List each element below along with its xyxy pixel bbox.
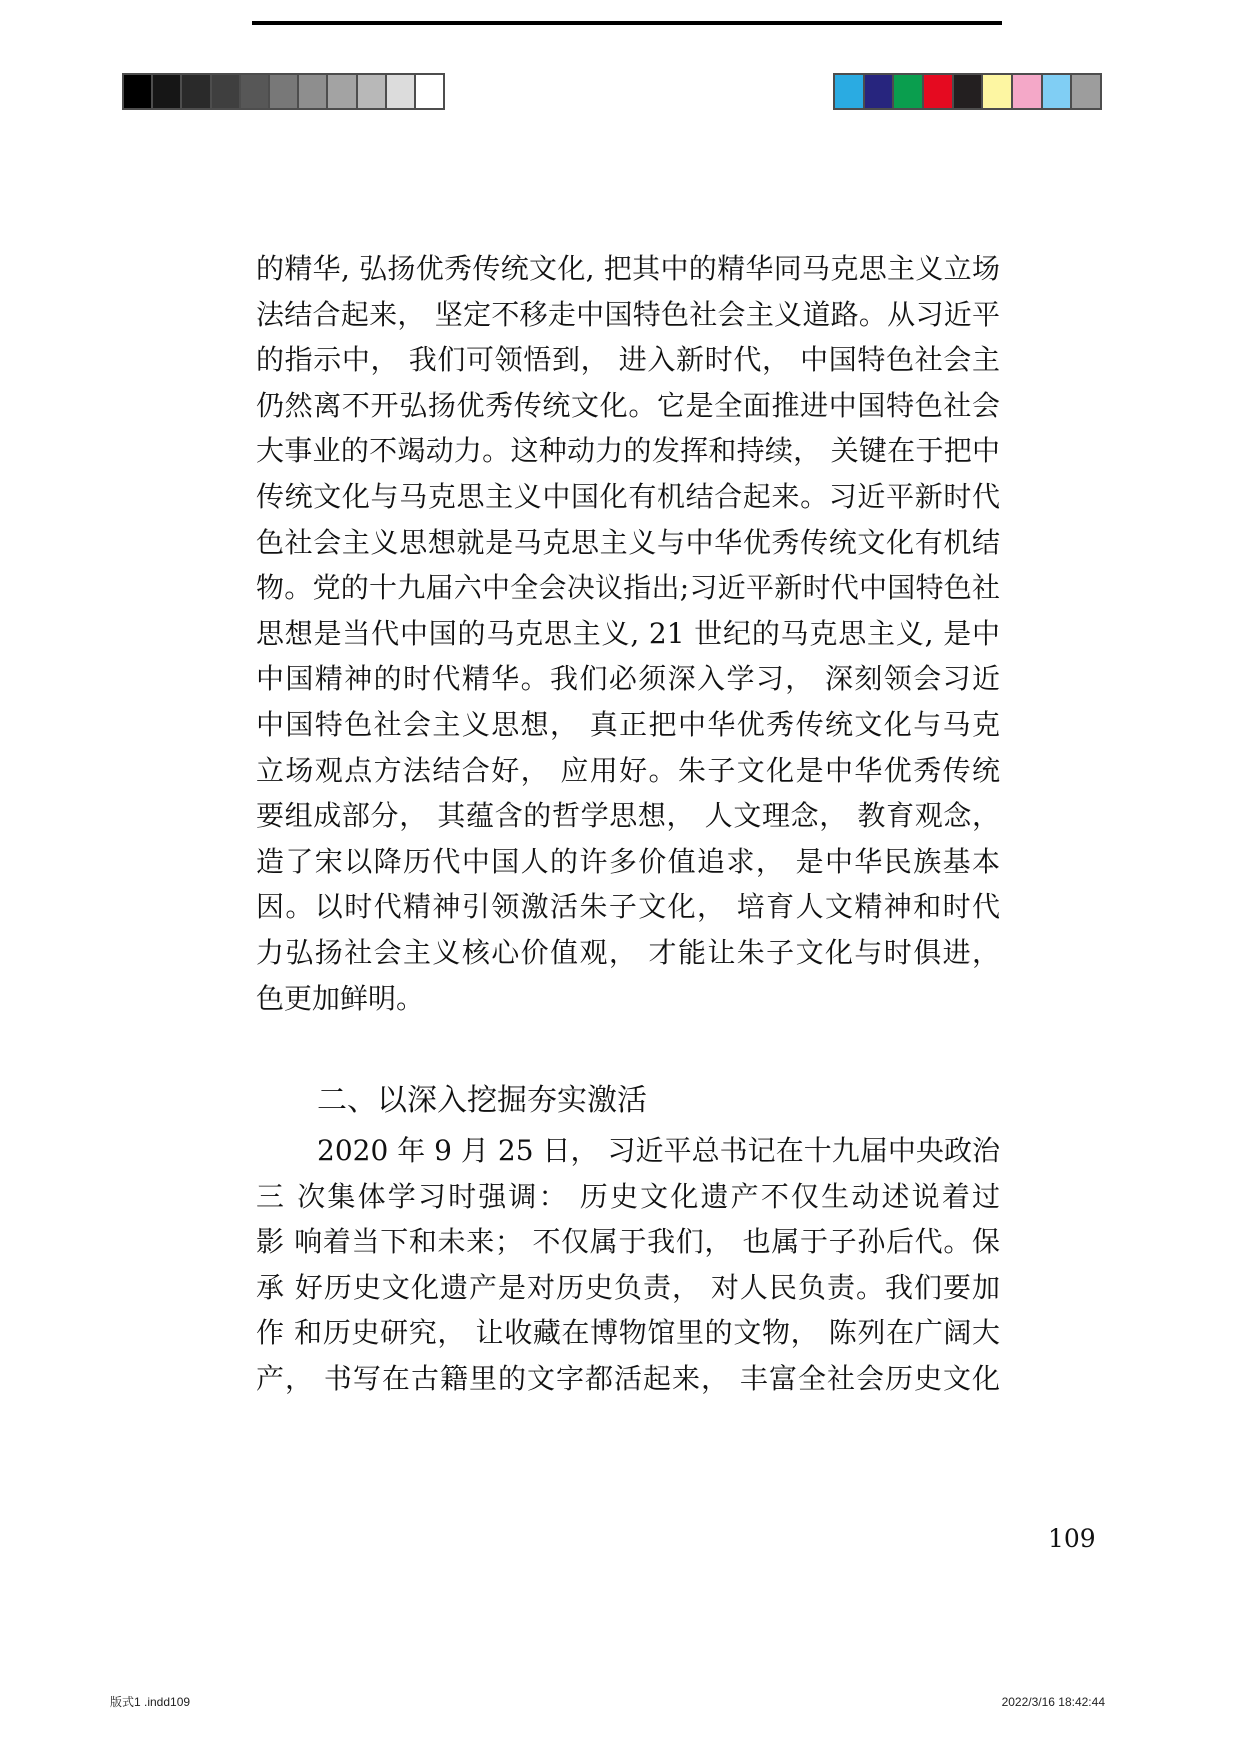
text-line: 2020 年 9 月 25 日， 习近平总书记在十九届中央政治局第二十 xyxy=(256,1128,1000,1174)
calibration-swatch xyxy=(416,75,443,108)
document-page: 的精华, 弘扬优秀传统文化, 把其中的精华同马克思主义立场观点 方法结合起来， … xyxy=(0,0,1241,1755)
text-line: 中国特色社会主义思想， 真正把中华优秀传统文化与马克 思主义的 xyxy=(256,702,1000,748)
calibration-swatch xyxy=(328,75,357,108)
text-line: 作 和历史研究， 让收藏在博物馆里的文物， 陈列在广阔大地上的遗 xyxy=(256,1310,1000,1356)
calibration-swatch xyxy=(894,75,924,108)
calibration-swatch xyxy=(1013,75,1043,108)
calibration-swatch xyxy=(835,75,865,108)
calibration-swatch xyxy=(924,75,954,108)
calibration-swatch xyxy=(153,75,182,108)
footer-timestamp-slug: 2022/3/16 18:42:44 xyxy=(1002,1695,1105,1709)
text-line: 色社会主义思想就是马克思主义与中华优秀传统文化有机结合 的产 xyxy=(256,520,1000,566)
calibration-swatch xyxy=(954,75,984,108)
page-number: 109 xyxy=(1048,1524,1096,1554)
text-line: 产， 书写在古籍里的文字都活起来， 丰富全社会历史文化滋养。习 xyxy=(256,1356,1000,1402)
section-heading: 二、以深入挖掘夯实激活 xyxy=(256,1078,1000,1123)
text-line: 大事业的不竭动力。这种动力的发挥和持续， 关键在于把中华 优秀 xyxy=(256,428,1000,474)
paragraph-1: 的精华, 弘扬优秀传统文化, 把其中的精华同马克思主义立场观点 方法结合起来， … xyxy=(256,246,1000,1021)
text-line: 影 响着当下和未来； 不仅属于我们， 也属于子孙后代。保持好， 传 xyxy=(256,1219,1000,1265)
text-line: 色更加鲜明。 xyxy=(256,976,1000,1022)
text-line: 要组成部分， 其蕴含的哲学思想， 人文理念， 教育观念， 反映和塑 xyxy=(256,793,1000,839)
calibration-swatch xyxy=(182,75,211,108)
calibration-swatch xyxy=(270,75,299,108)
text-line: 的精华, 弘扬优秀传统文化, 把其中的精华同马克思主义立场观点 方 xyxy=(256,246,1000,292)
text-line: 力弘扬社会主义核心价值观， 才能让朱子文化与时俱进， 让中国特 xyxy=(256,930,1000,976)
calibration-swatch xyxy=(865,75,895,108)
text-line: 思想是当代中国的马克思主义, 21 世纪的马克思主义, 是中 华文化, xyxy=(256,611,1000,657)
text-line: 的指示中， 我们可领悟到， 进入新时代， 中国特色社会主义的发 展， xyxy=(256,337,1000,383)
text-line: 物。党的十九届六中全会决议指出;习近平新时代中国特色社 会主义 xyxy=(256,565,1000,611)
calibration-swatch xyxy=(358,75,387,108)
calibration-swatch xyxy=(1072,75,1100,108)
footer-file-slug: 版式1 .indd109 xyxy=(110,1695,190,1709)
calibration-swatch xyxy=(212,75,241,108)
text-line: 中国精神的时代精华。我们必须深入学习， 深刻领会习近 平新时代 xyxy=(256,656,1000,702)
calibration-swatch xyxy=(983,75,1013,108)
text-line: 三 次集体学习时强调： 历史文化遗产不仅生动述说着过去， 也深刻 xyxy=(256,1174,1000,1220)
paragraph-2: 2020 年 9 月 25 日， 习近平总书记在十九届中央政治局第二十三 次集体… xyxy=(256,1128,1000,1402)
text-line: 法结合起来， 坚定不移走中国特色社会主义道路。从习近平总书 记 xyxy=(256,292,1000,338)
grayscale-calibration-bar xyxy=(122,73,445,110)
text-line: 造了宋以降历代中国人的许多价值追求， 是中华民族基本 的文化基 xyxy=(256,839,1000,885)
calibration-swatch xyxy=(241,75,270,108)
top-rule xyxy=(252,21,1002,25)
text-line: 承 好历史文化遗产是对历史负责， 对人民负责。我们要加强考古工 xyxy=(256,1265,1000,1311)
calibration-swatch xyxy=(1043,75,1073,108)
text-line: 立场观点方法结合好， 应用好。朱子文化是中华优秀传统 文化的重 xyxy=(256,748,1000,794)
calibration-swatch xyxy=(387,75,416,108)
text-line: 仍然离不开弘扬优秀传统文化。它是全面推进中国特色社会主 义伟 xyxy=(256,383,1000,429)
text-line: 传统文化与马克思主义中国化有机结合起来。习近平新时代中 国特 xyxy=(256,474,1000,520)
calibration-swatch xyxy=(299,75,328,108)
calibration-swatch xyxy=(124,75,153,108)
text-line: 因。以时代精神引领激活朱子文化， 培育人文精神和时代 精神， 大 xyxy=(256,884,1000,930)
color-calibration-bar xyxy=(833,73,1102,110)
